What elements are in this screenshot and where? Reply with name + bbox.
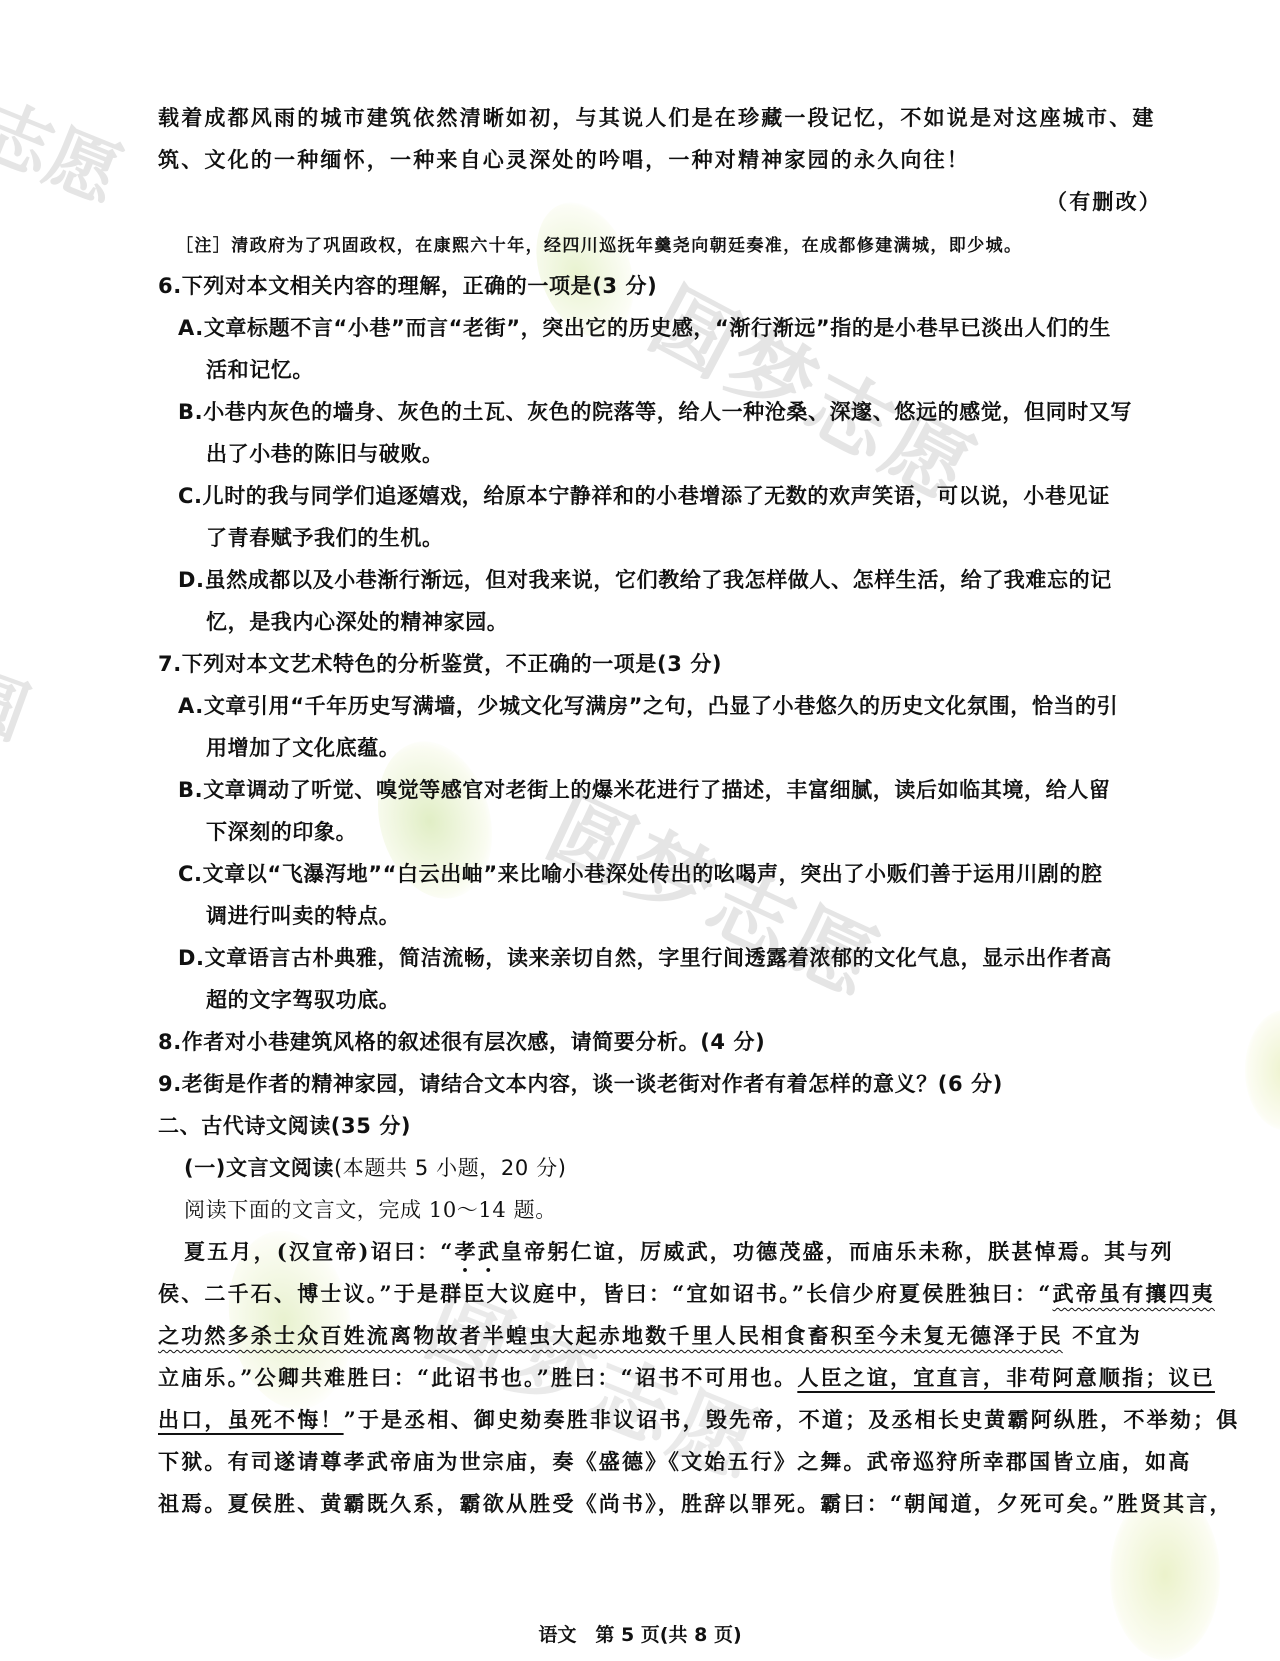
option-label: B.	[178, 778, 203, 802]
classical-text-line: 之功然多杀士众百姓流离物故者半蝗虫大起赤地数千里人民相食畜积至今未复无德泽于民 …	[158, 1322, 1142, 1350]
option-text: 文章语言古朴典雅，简洁流畅，读来亲切自然，字里行间透露着浓郁的文化气息，显示出作…	[205, 946, 1112, 970]
option-continuation: 出了小巷的陈旧与破败。	[206, 440, 444, 468]
exam-page: 志愿 圆梦志愿 圆梦志愿 圆梦志愿 圆 载着成都风雨的城市建筑依然清晰如初，与其…	[0, 0, 1280, 1661]
text-segment: ”于是丞相、御史劾奏胜非议诏书，毁先帝，不道；及丞相长史黄霸阿纵胜，不举劾；俱	[344, 1407, 1240, 1432]
text-segment: 不宜为	[1063, 1323, 1142, 1348]
option-text: 文章引用“千年历史写满墙，少城文化写满房”之句，凸显了小巷悠久的历史文化氛围，恰…	[204, 694, 1118, 718]
option-text: 文章标题不言“小巷”而言“老街”，突出它的历史感，“渐行渐远”指的是小巷早已淡出…	[204, 316, 1111, 340]
option-label: A.	[178, 694, 204, 718]
question-text: 下列对本文艺术特色的分析鉴赏，不正确的一项是(3 分)	[182, 652, 722, 676]
option-label: B.	[178, 400, 203, 424]
question-6-option-a: A.文章标题不言“小巷”而言“老街”，突出它的历史感，“渐行渐远”指的是小巷早已…	[178, 314, 1111, 342]
classical-text-line: 出口，虽死不悔！”于是丞相、御史劾奏胜非议诏书，毁先帝，不道；及丞相长史黄霸阿纵…	[158, 1406, 1240, 1434]
option-label: C.	[178, 862, 203, 886]
underlined-segment: 出口，虽死不悔！	[158, 1407, 344, 1432]
classical-text-line: 祖焉。夏侯胜、黄霸既久系，霸欲从胜受《尚书》，胜辞以罪死。霸曰：“朝闻道，夕死可…	[158, 1490, 1233, 1518]
text-segment: 皇帝躬仁谊，厉威武，功德茂盛，而庙乐未称，朕甚悼焉。其与列	[501, 1239, 1174, 1264]
wavy-underlined-segment: 武帝虽有攘四夷	[1053, 1281, 1215, 1306]
passage-line: 载着成都风雨的城市建筑依然清晰如初，与其说人们是在珍藏一段记忆，不如说是对这座城…	[158, 104, 1156, 132]
subsection-info: (本题共 5 小题，20 分)	[334, 1156, 567, 1180]
question-7-option-a: A.文章引用“千年历史写满墙，少城文化写满房”之句，凸显了小巷悠久的历史文化氛围…	[178, 692, 1118, 720]
option-continuation: 用增加了文化底蕴。	[206, 734, 400, 762]
option-continuation: 调进行叫卖的特点。	[206, 902, 400, 930]
classical-text-line: 立庙乐。”公卿共难胜曰：“此诏书也。”胜曰：“诏书不可用也。人臣之谊，宜直言，非…	[158, 1364, 1215, 1392]
classical-text-line: 下狱。有司遂请尊孝武帝庙为世宗庙，奏《盛德》《文始五行》之舞。武帝巡狩所幸郡国皆…	[158, 1448, 1192, 1476]
option-text: 虽然成都以及小巷渐行渐远，但对我来说，它们教给了我怎样做人、怎样生活，给了我难忘…	[205, 568, 1112, 592]
question-number: 6.	[158, 274, 182, 298]
option-continuation: 了青春赋予我们的生机。	[206, 524, 444, 552]
question-9: 9.老街是作者的精神家园，请结合文本内容，谈一谈老街对作者有着怎样的意义？(6 …	[158, 1070, 1003, 1098]
option-continuation: 忆，是我内心深处的精神家园。	[206, 608, 508, 636]
watermark-text: 志愿	[0, 72, 138, 222]
question-number: 9.	[158, 1072, 182, 1096]
option-label: D.	[178, 946, 205, 970]
question-7-option-c: C.文章以“飞瀑泻地”“白云出岫”来比喻小巷深处传出的吆喝声，突出了小贩们善于运…	[178, 860, 1103, 888]
passage-line: 筑、文化的一种缅怀，一种来自心灵深处的吟唱，一种对精神家园的永久向往！	[158, 146, 970, 174]
subsection-heading: (一)文言文阅读(本题共 5 小题，20 分)	[184, 1154, 567, 1182]
question-6-stem: 6.下列对本文相关内容的理解，正确的一项是(3 分)	[158, 272, 657, 300]
wavy-underlined-segment: 之功然多杀士众百姓流离物故者半蝗虫大起赤地数千里人民相食畜积至今未复无德泽于民	[158, 1323, 1063, 1348]
watermark-text: 圆	[0, 641, 45, 760]
question-number: 8.	[158, 1030, 182, 1054]
underlined-segment: 人臣之谊，宜直言，非苟阿意顺指；议已	[797, 1365, 1215, 1390]
question-6-option-d: D.虽然成都以及小巷渐行渐远，但对我来说，它们教给了我怎样做人、怎样生活，给了我…	[178, 566, 1112, 594]
question-7-stem: 7.下列对本文艺术特色的分析鉴赏，不正确的一项是(3 分)	[158, 650, 722, 678]
annotation-note: ［注］清政府为了巩固政权，在康熙六十年，经四川巡抚年羹尧向朝廷奏准，在成都修建满…	[176, 232, 1022, 260]
option-label: A.	[178, 316, 204, 340]
option-continuation: 下深刻的印象。	[206, 818, 357, 846]
option-text: 小巷内灰色的墙身、灰色的土瓦、灰色的院落等，给人一种沧桑、深邃、悠远的感觉，但同…	[203, 400, 1132, 424]
source-note: （有删改）	[1046, 188, 1162, 216]
option-label: C.	[178, 484, 203, 508]
question-6-option-b: B.小巷内灰色的墙身、灰色的土瓦、灰色的院落等，给人一种沧桑、深邃、悠远的感觉，…	[178, 398, 1132, 426]
option-text: 文章调动了听觉、嗅觉等感官对老街上的爆米花进行了描述，丰富细腻，读后如临其境，给…	[203, 778, 1110, 802]
question-number: 7.	[158, 652, 182, 676]
watermark-leaf-icon	[1245, 1010, 1280, 1130]
dotted-emphasis: 孝武	[455, 1239, 501, 1264]
option-continuation: 活和记忆。	[206, 356, 314, 384]
section-heading: 二、古代诗文阅读(35 分)	[158, 1112, 411, 1140]
option-text: 儿时的我与同学们追逐嬉戏，给原本宁静祥和的小巷增添了无数的欢声笑语，可以说，小巷…	[203, 484, 1110, 508]
question-7-option-d: D.文章语言古朴典雅，简洁流畅，读来亲切自然，字里行间透露着浓郁的文化气息，显示…	[178, 944, 1112, 972]
classical-text-line: 夏五月，(汉宣帝)诏曰：“孝武皇帝躬仁谊，厉威武，功德茂盛，而庙乐未称，朕甚悼焉…	[184, 1238, 1174, 1277]
question-7-option-b: B.文章调动了听觉、嗅觉等感官对老街上的爆米花进行了描述，丰富细腻，读后如临其境…	[178, 776, 1110, 804]
text-segment: 侯、二千石、博士议。”于是群臣大议庭中，皆曰：“宜如诏书。”长信少府夏侯胜独曰：…	[158, 1281, 1053, 1306]
reading-instruction: 阅读下面的文言文，完成 10～14 题。	[184, 1196, 557, 1224]
option-text: 文章以“飞瀑泻地”“白云出岫”来比喻小巷深处传出的吆喝声，突出了小贩们善于运用川…	[203, 862, 1103, 886]
option-label: D.	[178, 568, 205, 592]
question-text: 作者对小巷建筑风格的叙述很有层次感，请简要分析。(4 分)	[182, 1030, 766, 1054]
subsection-title: (一)文言文阅读	[184, 1156, 334, 1180]
question-text: 老街是作者的精神家园，请结合文本内容，谈一谈老街对作者有着怎样的意义？(6 分)	[182, 1072, 1003, 1096]
option-continuation: 超的文字驾驭功底。	[206, 986, 400, 1014]
text-segment: 立庙乐。”公卿共难胜曰：“此诏书也。”胜曰：“诏书不可用也。	[158, 1365, 797, 1390]
question-text: 下列对本文相关内容的理解，正确的一项是(3 分)	[182, 274, 658, 298]
classical-text-line: 侯、二千石、博士议。”于是群臣大议庭中，皆曰：“宜如诏书。”长信少府夏侯胜独曰：…	[158, 1280, 1215, 1308]
page-footer: 语文 第 5 页(共 8 页)	[0, 1620, 1280, 1647]
text-segment: 夏五月，(汉宣帝)诏曰：“	[184, 1239, 455, 1264]
question-8: 8.作者对小巷建筑风格的叙述很有层次感，请简要分析。(4 分)	[158, 1028, 765, 1056]
question-6-option-c: C.儿时的我与同学们追逐嬉戏，给原本宁静祥和的小巷增添了无数的欢声笑语，可以说，…	[178, 482, 1110, 510]
